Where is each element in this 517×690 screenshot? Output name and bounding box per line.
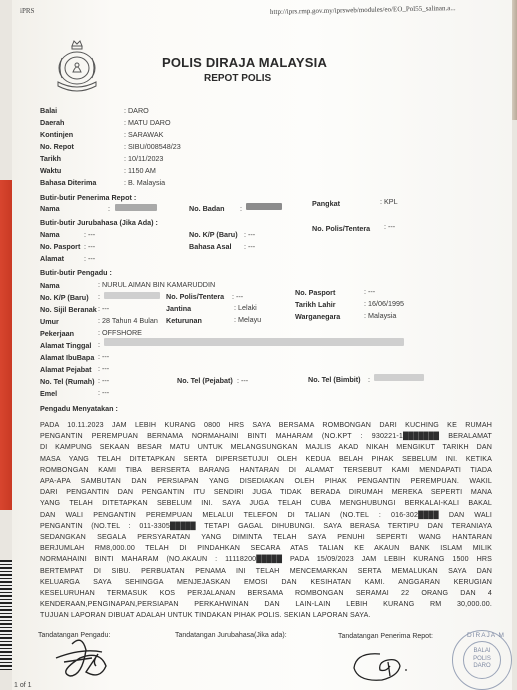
interpreter-police-value: : ---: [384, 222, 395, 231]
redacted-ic-number: [104, 292, 160, 299]
statement-line: NORMAHAINI BINTI MAHARAM (NO.AKAUN : 111…: [40, 554, 492, 565]
complainant-birthcert-label: No. Sijil Beranak: [40, 305, 97, 314]
complainant-email-value: : ---: [98, 388, 109, 397]
statement-line: DARI PENGANTIN DAN PENGANTIN ITU SENDIRI…: [40, 487, 492, 498]
page-subtitle: REPOT POLIS: [204, 73, 271, 84]
complainant-passport-value: : ---: [364, 287, 375, 296]
redacted-badge-number: [246, 203, 282, 210]
statement-line: YANG TELAH DITETAPKAN SEBELUM INI. SAYA …: [40, 498, 492, 509]
complainant-gender-value: : Lelaki: [234, 303, 257, 312]
interpreter-name-label: Nama: [40, 230, 60, 239]
statement-line: SEDANGKAN SEGALA PERSYARATAN YANG DIMINT…: [40, 532, 492, 543]
stamp-line1: BALAI: [453, 648, 511, 656]
interpreter-name-value: : ---: [84, 230, 95, 239]
info-value: : 1150 AM: [124, 166, 156, 175]
interpreter-address-label: Alamat: [40, 254, 64, 263]
info-value: : MATU DARO: [124, 118, 171, 127]
info-label: Kontinjen: [40, 130, 73, 139]
complainant-parent-address-value: : ---: [98, 352, 109, 361]
complainant-dob-label: Tarikh Lahir: [295, 300, 336, 309]
statement-line: BERJUMLAH RM8,000.00 TELAH DI PINDAHKAN …: [40, 543, 492, 554]
statement-line: KESELURUHAN TERMASUK KOS PERJALANAN BERS…: [40, 588, 492, 599]
info-value: : DARO: [124, 106, 149, 115]
statement-heading: Pengadu Menyatakan :: [40, 404, 118, 413]
complainant-race-value: : Melayu: [234, 315, 261, 324]
complainant-signature-icon: [52, 636, 122, 682]
complainant-passport-label: No. Pasport: [295, 288, 335, 297]
complainant-age-label: Umur: [40, 317, 59, 326]
complainant-office-address-value: : ---: [98, 364, 109, 373]
complainant-police-value: : ---: [232, 292, 243, 301]
info-label: No. Repot: [40, 142, 74, 151]
complainant-name-label: Nama: [40, 281, 60, 290]
section-receiver: Butir-butir Penerima Repot :: [40, 193, 136, 202]
interpreter-address-value: : ---: [84, 254, 95, 263]
receiver-signature-icon: [350, 650, 410, 684]
section-complainant: Butir-butir Pengadu :: [40, 268, 112, 277]
complainant-dob-value: : 16/06/1995: [364, 299, 404, 308]
receiver-badge-label: No. Badan: [189, 204, 225, 213]
complainant-office-phone-label: No. Tel (Pejabat): [177, 376, 233, 385]
statement-line: ROMBONGAN KAMI TIBA BERSERTA BARANG HANT…: [40, 465, 492, 476]
info-value: : B. Malaysia: [124, 178, 165, 187]
page-title: POLIS DIRAJA MALAYSIA: [162, 55, 327, 70]
complainant-home-address-value: :: [98, 340, 100, 349]
stamp-center-text: BALAI POLIS DARO: [453, 648, 511, 671]
interpreter-language-value: : ---: [244, 242, 255, 251]
complainant-name-value: : NURUL AIMAN BIN KAMARUDDIN: [98, 280, 215, 289]
signature-interpreter-label: Tandatangan Jurubahasa(Jika ada):: [175, 632, 287, 639]
interpreter-police-label: No. Polis/Tentera: [312, 224, 370, 233]
complainant-police-label: No. Polis/Tentera: [166, 292, 224, 301]
complainant-office-phone-value: : ---: [237, 376, 248, 385]
info-label: Balai: [40, 106, 57, 115]
page-number: 1 of 1: [14, 682, 32, 689]
info-value: : SARAWAK: [124, 130, 163, 139]
stamp-line2: POLIS: [453, 656, 511, 664]
receiver-badge-value: :: [240, 204, 242, 213]
statement-line: DI KAMPUNG SEKAAN BESAR MATU UNTUK MELAN…: [40, 442, 492, 453]
complainant-ic-label: No. K/P (Baru): [40, 293, 89, 302]
statement-line: MASA YANG TELAH DITETAPKAN SERTA DIPERSE…: [40, 454, 492, 465]
info-value: : SIBU/008548/23: [124, 142, 181, 151]
complainant-occupation-value: : OFFSHORE: [98, 328, 142, 337]
complainant-home-phone-label: No. Tel (Rumah): [40, 377, 95, 386]
redacted-home-address: [104, 338, 404, 346]
police-crest-icon: [52, 38, 102, 96]
receiver-rank-value: : KPL: [380, 197, 398, 206]
statement-line: PENGANTIN (NO.TEL : 011-3305█████ TETAPI…: [40, 521, 492, 532]
interpreter-ic-value: : ---: [244, 230, 255, 239]
complainant-gender-label: Jantina: [166, 304, 191, 313]
stamp-arc-text: DIRAJA M: [467, 632, 505, 639]
complainant-mobile-value: :: [368, 375, 370, 384]
complainant-ic-value: :: [98, 292, 100, 301]
complainant-office-address-label: Alamat Pejabat: [40, 365, 92, 374]
red-folder-edge: [0, 180, 12, 510]
statement-line: KENDERAAN,PENGINAPAN,PERSIAPAN PERKAHWIN…: [40, 599, 492, 610]
complainant-age-value: : 28 Tahun 4 Bulan: [98, 316, 158, 325]
complainant-mobile-label: No. Tel (Bimbit): [308, 375, 361, 384]
info-label: Bahasa Diterima: [40, 178, 96, 187]
statement-line: APA-APA SAMBUTAN DAN PERSIAPAN YANG DISE…: [40, 476, 492, 487]
complainant-statement: PADA 10.11.2023 JAM LEBIH KURANG 0800 HR…: [40, 420, 492, 622]
statement-line: PADA 10.11.2023 JAM LEBIH KURANG 0800 HR…: [40, 420, 492, 431]
receiver-rank-label: Pangkat: [312, 199, 340, 208]
statement-line: TUJUAN LAPORAN DIBUAT ADALAH UNTUK TINDA…: [40, 610, 492, 621]
redacted-receiver-name: [115, 204, 157, 211]
complainant-occupation-label: Pekerjaan: [40, 329, 74, 338]
receiver-name-label: Nama: [40, 204, 60, 213]
interpreter-passport-value: : ---: [84, 242, 95, 251]
complainant-home-phone-value: : ---: [98, 376, 109, 385]
info-value: : 10/11/2023: [124, 154, 163, 163]
signature-receiver-label: Tandatangan Penerima Repot:: [338, 633, 433, 640]
complainant-race-label: Keturunan: [166, 316, 202, 325]
info-label: Tarikh: [40, 154, 61, 163]
interpreter-ic-label: No. K/P (Baru): [189, 230, 238, 239]
complainant-parent-address-label: Alamat IbuBapa: [40, 353, 94, 362]
redacted-mobile-number: [374, 374, 424, 381]
complainant-home-address-label: Alamat Tinggal: [40, 341, 91, 350]
info-label: Daerah: [40, 118, 64, 127]
statement-line: BERTEMPAT DI SIBU. PERBUATAN PENAMA INI …: [40, 566, 492, 577]
complainant-citizenship-value: : Malaysia: [364, 311, 396, 320]
page-url: http://iprs.rmp.gov.my/iprsweb/modules/e…: [270, 4, 456, 16]
section-interpreter: Butir-butir Jurubahasa (Jika Ada) :: [40, 218, 158, 227]
police-station-stamp: DIRAJA M BALAI POLIS DARO: [452, 630, 512, 690]
receiver-name-value: :: [108, 204, 110, 213]
complainant-email-label: Emel: [40, 389, 57, 398]
statement-line: KELUARGA SAYA SEHINGGA MENJEJASKAN EMOSI…: [40, 577, 492, 588]
info-label: Waktu: [40, 166, 61, 175]
stamp-line3: DARO: [453, 663, 511, 671]
interpreter-language-label: Bahasa Asal: [189, 242, 231, 251]
interpreter-passport-label: No. Pasport: [40, 242, 80, 251]
statement-line: PENGANTIN PEREMPUAN BERNAMA NORMAHAINI B…: [40, 431, 492, 442]
app-name: iPRS: [20, 7, 34, 15]
statement-line: DAN WALI PENGANTIN PEREMPUAN MELALUI TEL…: [40, 510, 492, 521]
complainant-birthcert-value: : ---: [98, 304, 109, 313]
complainant-citizenship-label: Warganegara: [295, 312, 340, 321]
